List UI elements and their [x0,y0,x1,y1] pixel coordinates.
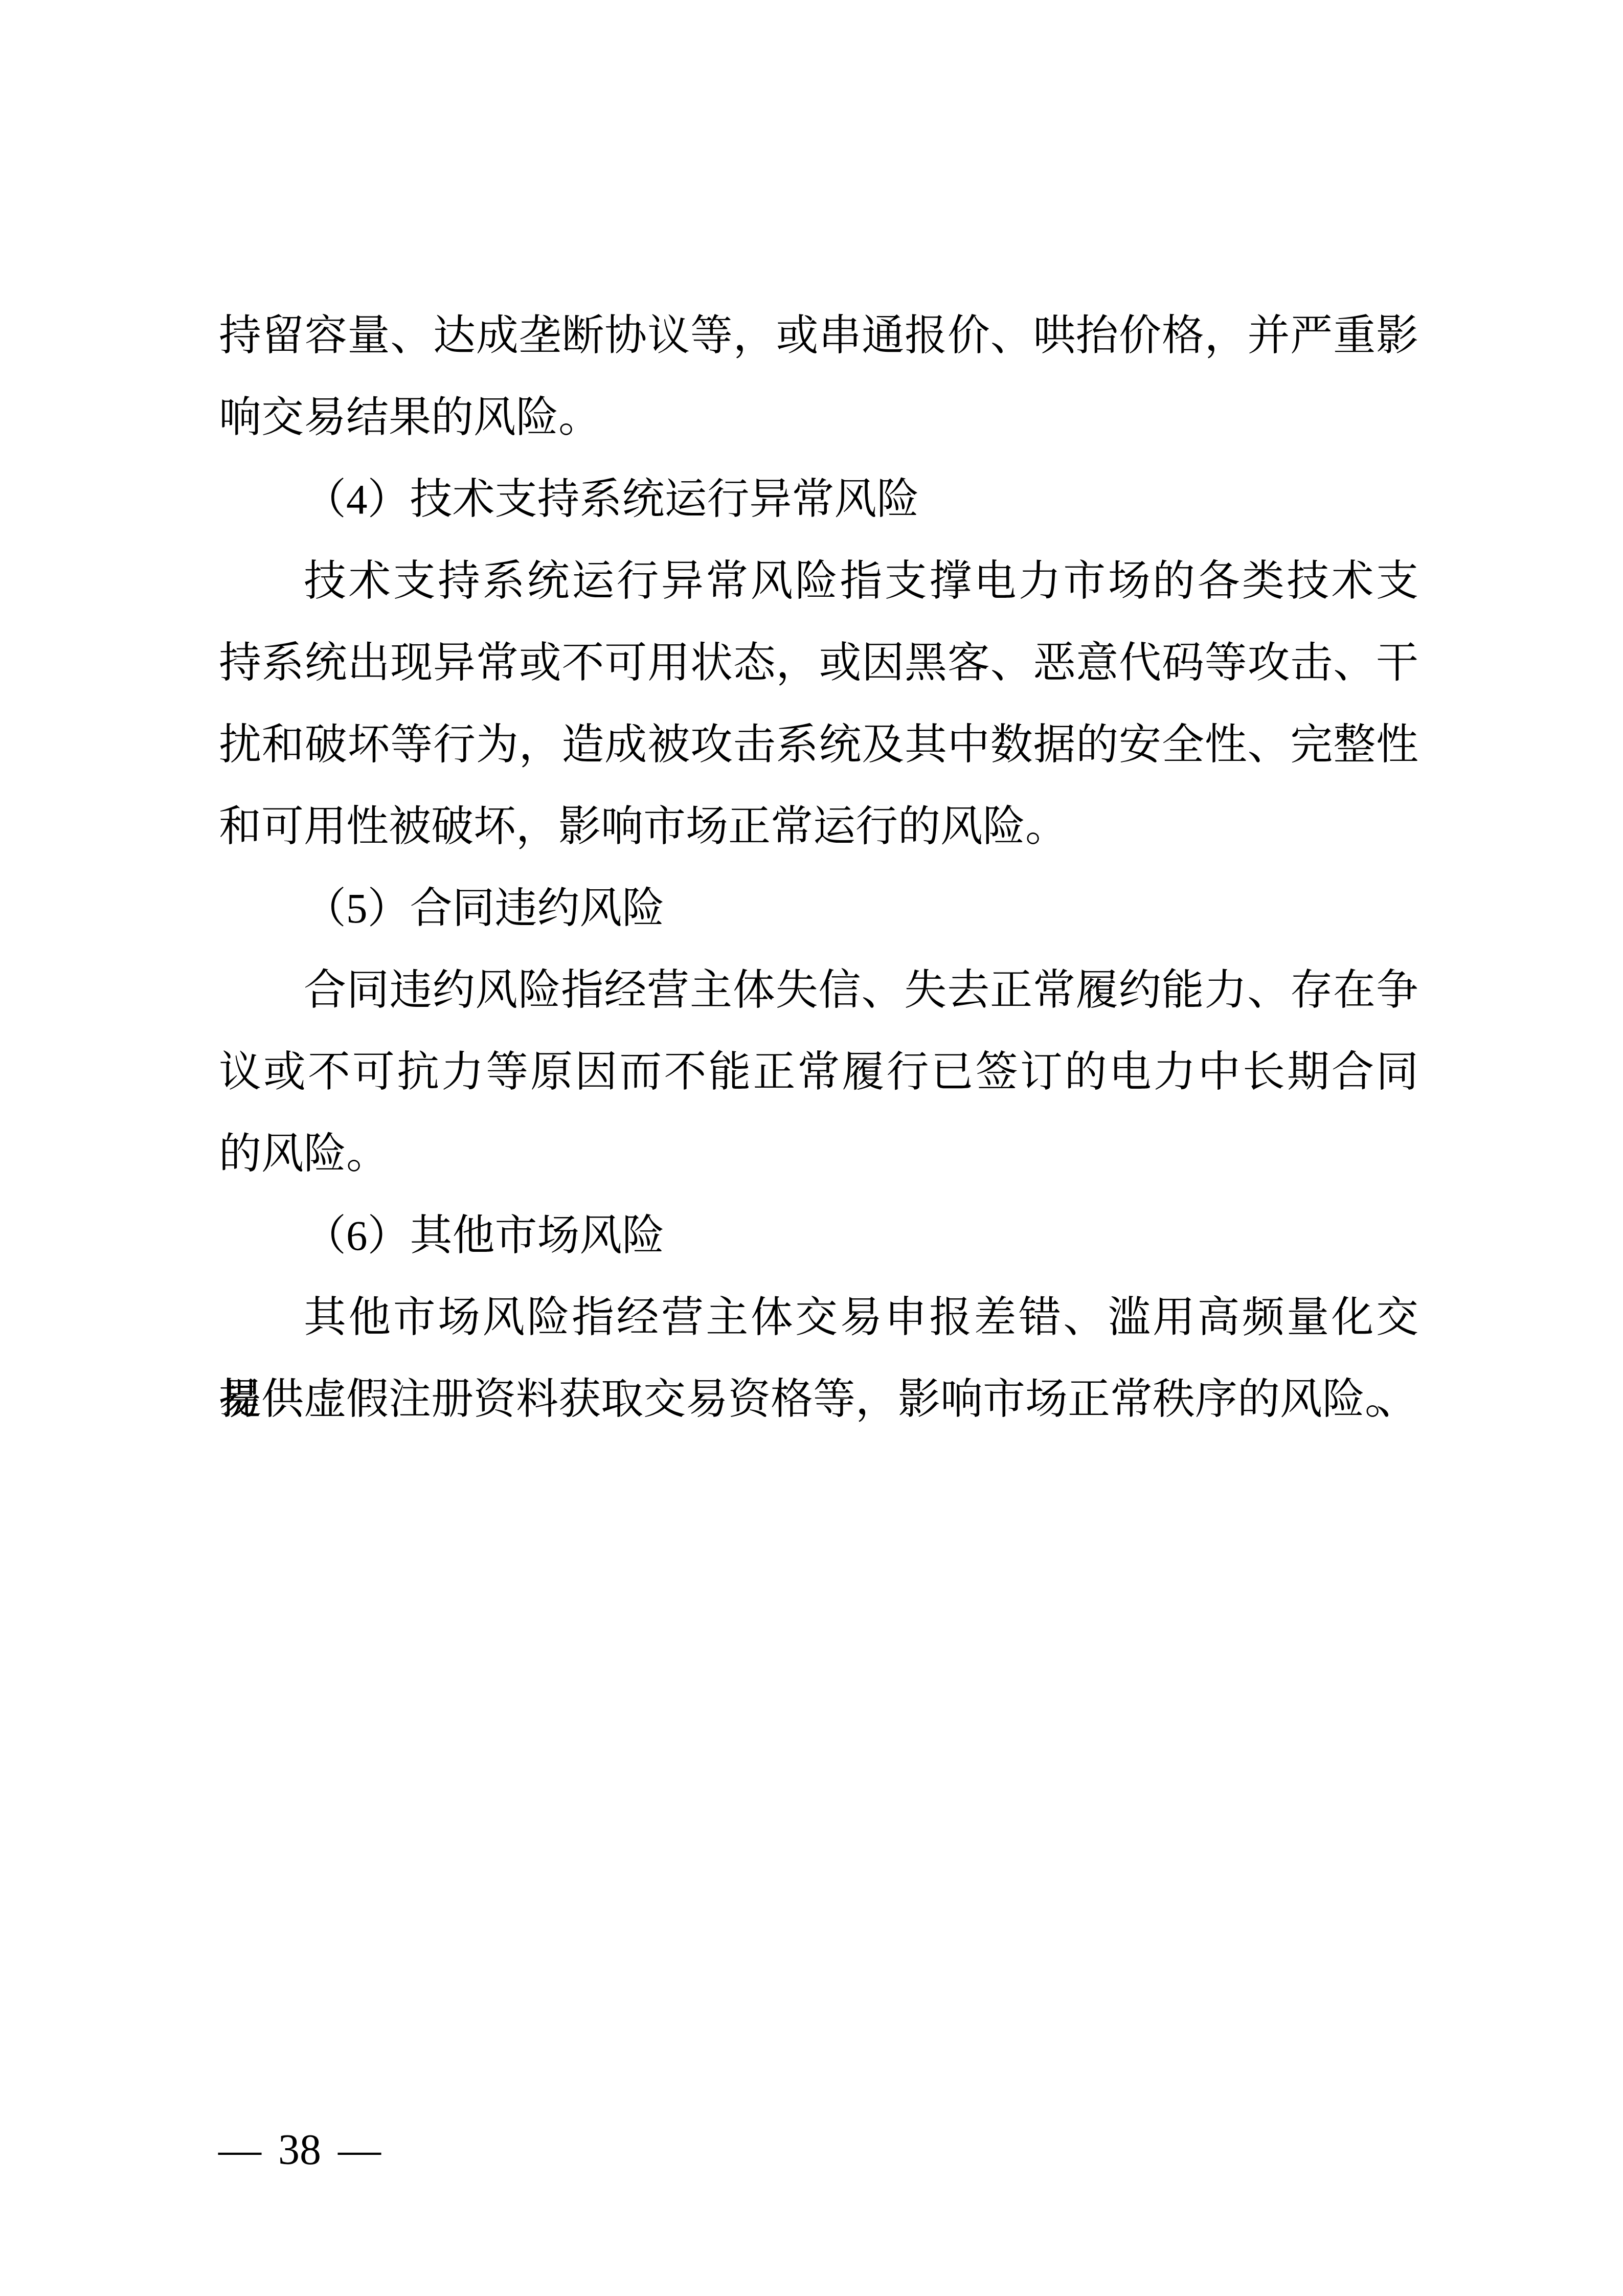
section-heading-6: （6）其他市场风险 [219,1195,1418,1276]
document-body: 持留容量、达成垄断协议等，或串通报价、哄抬价格，并严重影 响交易结果的风险。 （… [219,295,1418,1440]
document-page: { "document": { "lines": [ { "text": "持留… [0,0,1623,2296]
document-line: 议或不可抗力等原因而不能正常履行已签订的电力中长期合同 [219,1031,1418,1113]
document-line: 其他市场风险指经营主体交易申报差错、滥用高频量化交易、 [219,1276,1418,1358]
page-number: — 38 — [218,2126,381,2174]
document-line: 持留容量、达成垄断协议等，或串通报价、哄抬价格，并严重影 [219,295,1418,376]
document-line: 扰和破坏等行为，造成被攻击系统及其中数据的安全性、完整性 [219,704,1418,785]
section-heading-4: （4）技术支持系统运行异常风险 [219,458,1418,540]
document-line: 技术支持系统运行异常风险指支撑电力市场的各类技术支 [219,540,1418,622]
document-line: 合同违约风险指经营主体失信、失去正常履约能力、存在争 [219,949,1418,1031]
section-heading-5: （5）合同违约风险 [219,867,1418,949]
document-line: 和可用性被破坏，影响市场正常运行的风险。 [219,785,1418,867]
page-background: 持留容量、达成垄断协议等，或串通报价、哄抬价格，并严重影 响交易结果的风险。 （… [0,0,1623,2296]
document-line: 提供虚假注册资料获取交易资格等，影响市场正常秩序的风险。 [219,1358,1418,1440]
document-line: 响交易结果的风险。 [219,376,1418,458]
document-line: 的风险。 [219,1113,1418,1195]
document-line: 持系统出现异常或不可用状态，或因黑客、恶意代码等攻击、干 [219,622,1418,704]
page-footer: — 38 — [218,2126,381,2174]
